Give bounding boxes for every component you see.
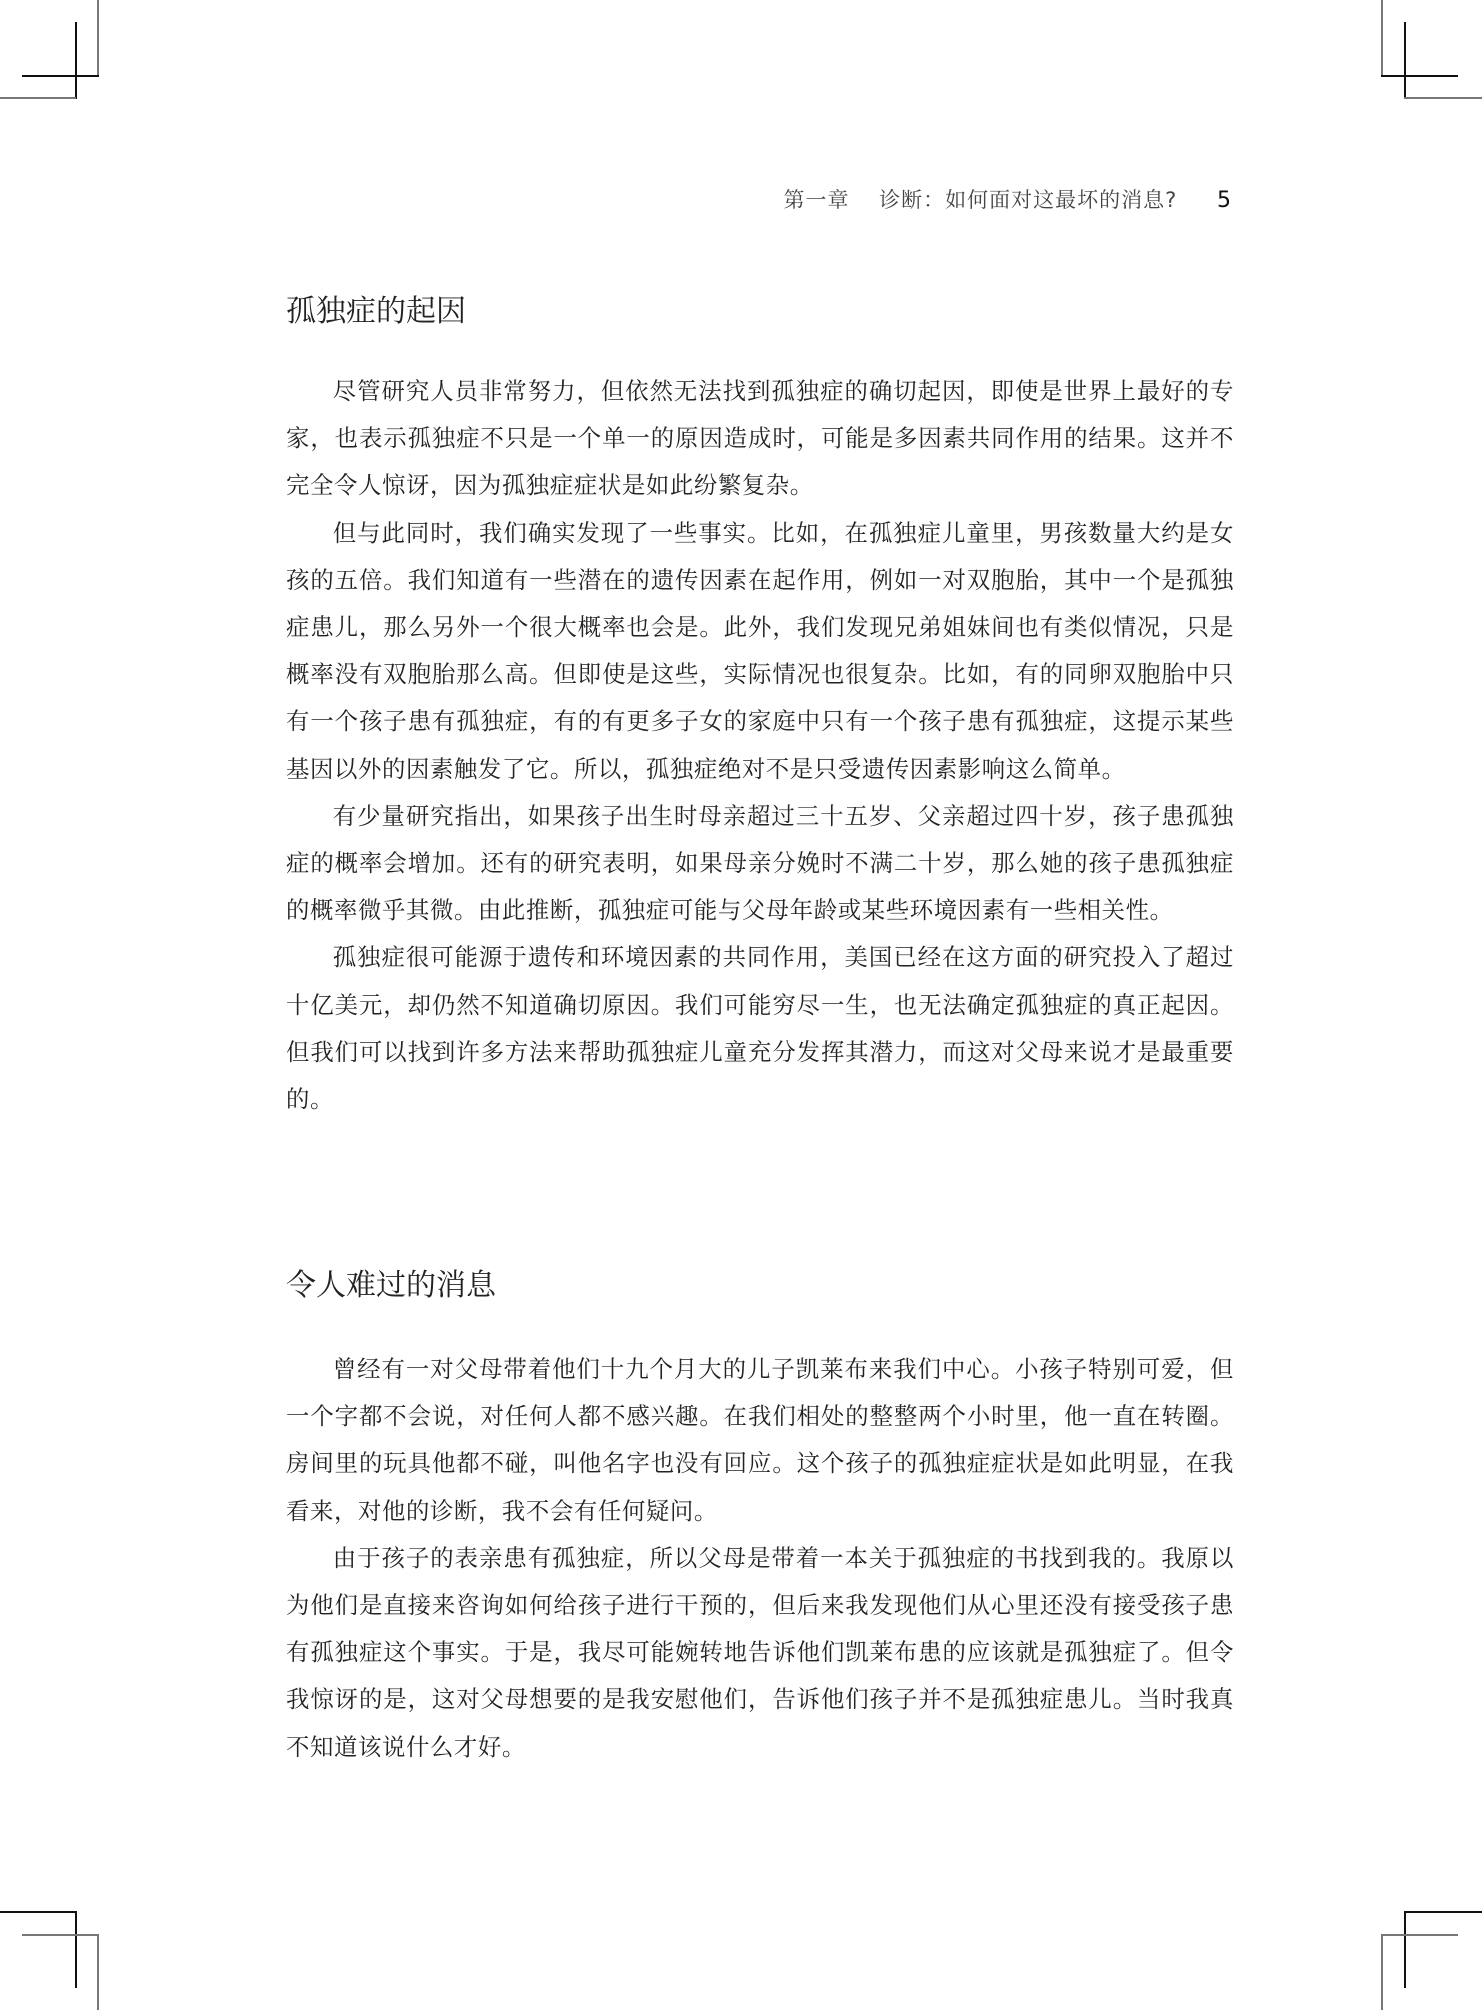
section-body-sad-news: 曾经有一对父母带着他们十九个月大的儿子凯莱布来我们中心。小孩子特别可爱，但一个字… <box>286 1346 1234 1771</box>
crop-mark-top-right-outer-vertical <box>1381 0 1383 76</box>
crop-mark-bottom-left-horizontal <box>22 1934 99 1936</box>
crop-mark-bottom-right-outer-horizontal <box>1404 1911 1482 1913</box>
paragraph: 孤独症很可能源于遗传和环境因素的共同作用，美国已经在这方面的研究投入了超过十亿美… <box>286 934 1234 1123</box>
crop-mark-top-left-outer-horizontal <box>0 97 76 99</box>
crop-mark-bottom-right-vertical <box>1404 1911 1406 1988</box>
page-number: 5 <box>1217 188 1232 213</box>
crop-mark-top-left-vertical <box>75 22 77 99</box>
crop-mark-bottom-right-horizontal <box>1381 1934 1458 1936</box>
paragraph: 有少量研究指出，如果孩子出生时母亲超过三十五岁、父亲超过四十岁，孩子患孤独症的概… <box>286 793 1234 935</box>
running-head: 第一章 诊断：如何面对这最坏的消息? 5 <box>783 184 1232 214</box>
crop-mark-bottom-left-vertical <box>75 1911 77 1988</box>
crop-mark-top-left-horizontal <box>22 75 99 77</box>
section-title-sad-news: 令人难过的消息 <box>286 1260 496 1304</box>
crop-mark-bottom-right-outer-vertical <box>1381 1934 1383 2010</box>
crop-mark-top-right-horizontal <box>1381 75 1458 77</box>
section-body-causes: 尽管研究人员非常努力，但依然无法找到孤独症的确切起因，即使是世界上最好的专家，也… <box>286 368 1234 1123</box>
section-title-causes: 孤独症的起因 <box>286 286 466 330</box>
paragraph: 由于孩子的表亲患有孤独症，所以父母是带着一本关于孤独症的书找到我的。我原以为他们… <box>286 1535 1234 1771</box>
crop-mark-top-right-vertical <box>1404 22 1406 99</box>
crop-mark-top-right-outer-horizontal <box>1404 97 1482 99</box>
paragraph: 但与此同时，我们确实发现了一些事实。比如，在孤独症儿童里，男孩数量大约是女孩的五… <box>286 510 1234 793</box>
paragraph: 曾经有一对父母带着他们十九个月大的儿子凯莱布来我们中心。小孩子特别可爱，但一个字… <box>286 1346 1234 1535</box>
paragraph: 尽管研究人员非常努力，但依然无法找到孤独症的确切起因，即使是世界上最好的专家，也… <box>286 368 1234 510</box>
crop-mark-top-left-outer-vertical <box>97 0 99 76</box>
crop-mark-bottom-left-outer-vertical <box>97 1934 99 2010</box>
running-head-title: 诊断：如何面对这最坏的消息? <box>879 188 1177 212</box>
crop-mark-bottom-left-outer-horizontal <box>0 1911 76 1913</box>
running-head-chapter: 第一章 <box>783 188 849 212</box>
